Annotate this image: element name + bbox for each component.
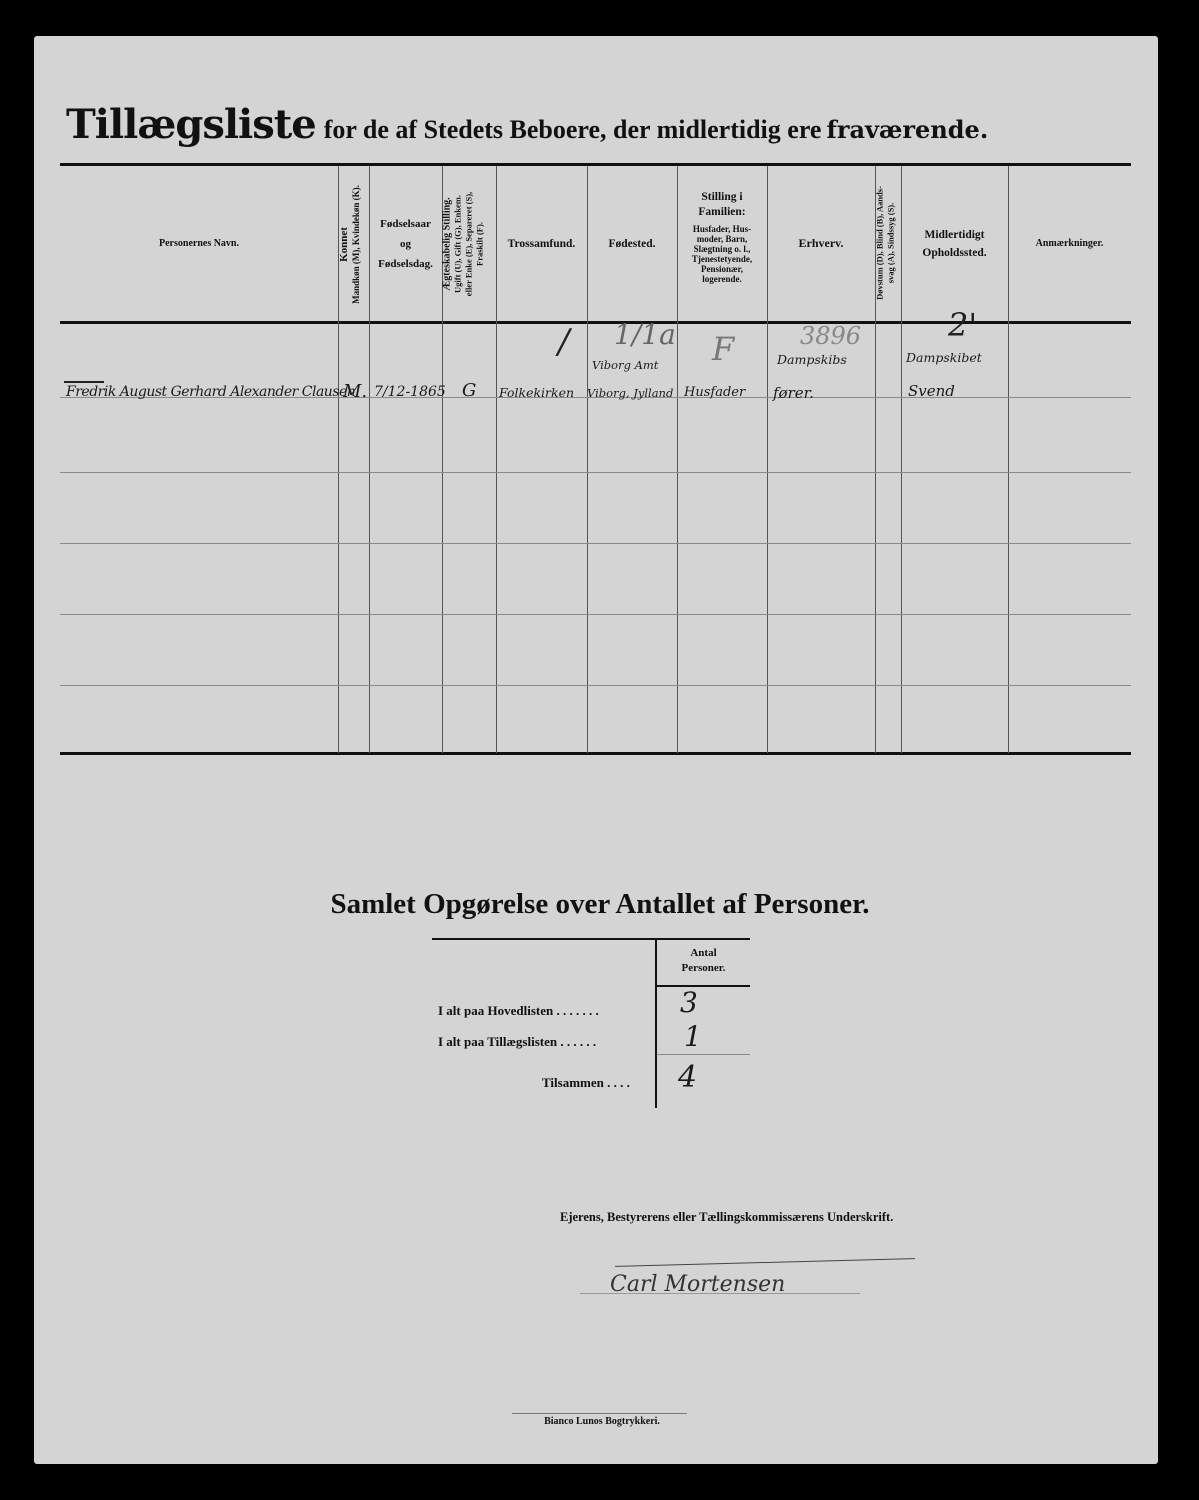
header-religion: Trossamfund. xyxy=(496,166,587,321)
header-remarks: Anmærkninger. xyxy=(1008,166,1131,321)
summary-top-rule xyxy=(432,938,750,940)
header-name: Personernes Navn. xyxy=(60,166,338,321)
summary-value-supplement-list: 1 xyxy=(684,1020,702,1053)
cell-birth: 7/12-1865 xyxy=(374,384,446,400)
row-divider xyxy=(60,543,1131,544)
signature-label: Ejerens, Bestyrerens eller Tællingskommi… xyxy=(560,1210,893,1225)
summary-value-total: 4 xyxy=(678,1060,697,1095)
cell-family-position: Husfader xyxy=(684,385,745,400)
cell-religion: Folkekirken xyxy=(499,385,574,400)
form-title-emphasis: fraværende. xyxy=(827,115,989,144)
summary-title: Samlet Opgørelse over Antallet af Person… xyxy=(300,888,900,921)
row-arrow-mark xyxy=(64,381,104,383)
row-divider xyxy=(60,472,1131,473)
summary-label-supplement-list: I alt paa Tillægslisten . . . . . . xyxy=(438,1034,596,1050)
pencil-occupation-code: 3896 xyxy=(800,322,861,350)
cell-birthplace-line2: Viborg, Jylland xyxy=(587,386,673,400)
header-disability: Døvstum (D), Blind (B), Aands- svag (A),… xyxy=(875,166,901,321)
pencil-residence-mark: 2' xyxy=(948,306,977,344)
form-title-main: Tillægsliste xyxy=(66,101,316,148)
table-bottom-rule xyxy=(60,752,1131,755)
header-family-position: Stilling i Familien: Husfader, Hus- mode… xyxy=(677,190,767,300)
summary-header-rule xyxy=(657,985,750,987)
header-occupation: Erhverv. xyxy=(767,166,875,321)
form-title-subtitle: for de af Stedets Beboere, der midlertid… xyxy=(324,115,822,144)
summary-label-main-list: I alt paa Hovedlisten . . . . . . . xyxy=(438,1003,599,1019)
header-temp-residence: Midlertidigt Opholdssted. xyxy=(901,166,1008,321)
summary-label-total: Tilsammen . . . . xyxy=(542,1075,630,1091)
summary-value-main-list: 3 xyxy=(680,986,698,1019)
row-divider xyxy=(60,614,1131,615)
form-title: Tillægslistefor de af Stedets Beboere, d… xyxy=(66,101,1096,161)
printer-rule xyxy=(512,1413,687,1414)
cell-occupation-line2: fører. xyxy=(773,384,814,402)
printer-imprint: Bianco Lunos Bogtrykkeri. xyxy=(512,1416,692,1427)
header-sex: Konnet Mandkøn (M), Kvindekøn (K). xyxy=(338,167,369,322)
summary-column-header: Antal Personer. xyxy=(657,946,750,976)
cell-temp-residence-line2: Svend xyxy=(908,382,955,400)
summary-subtotal-rule xyxy=(657,1054,750,1055)
pencil-religion-mark: / xyxy=(558,322,569,362)
cell-occupation-line1: Dampskibs xyxy=(777,352,847,367)
pencil-birthplace-code: 1/1a xyxy=(614,318,676,351)
cell-birthplace-line1: Viborg Amt xyxy=(592,358,658,372)
header-marital: Ægteskabelig Stilling. Ugift (U), Gift (… xyxy=(442,167,496,322)
header-birth: Fødselsaar og Fødselsdag. xyxy=(369,166,442,321)
pencil-family-mark: F xyxy=(712,330,734,368)
cell-temp-residence-line1: Dampskibet xyxy=(906,350,982,365)
header-birthplace: Fødested. xyxy=(587,166,677,321)
row-divider xyxy=(60,685,1131,686)
signature-line xyxy=(580,1293,860,1294)
cell-marital: G xyxy=(462,380,476,401)
cell-name: Fredrik August Gerhard Alexander Clausen xyxy=(66,384,355,400)
cell-sex: M. xyxy=(343,381,367,402)
